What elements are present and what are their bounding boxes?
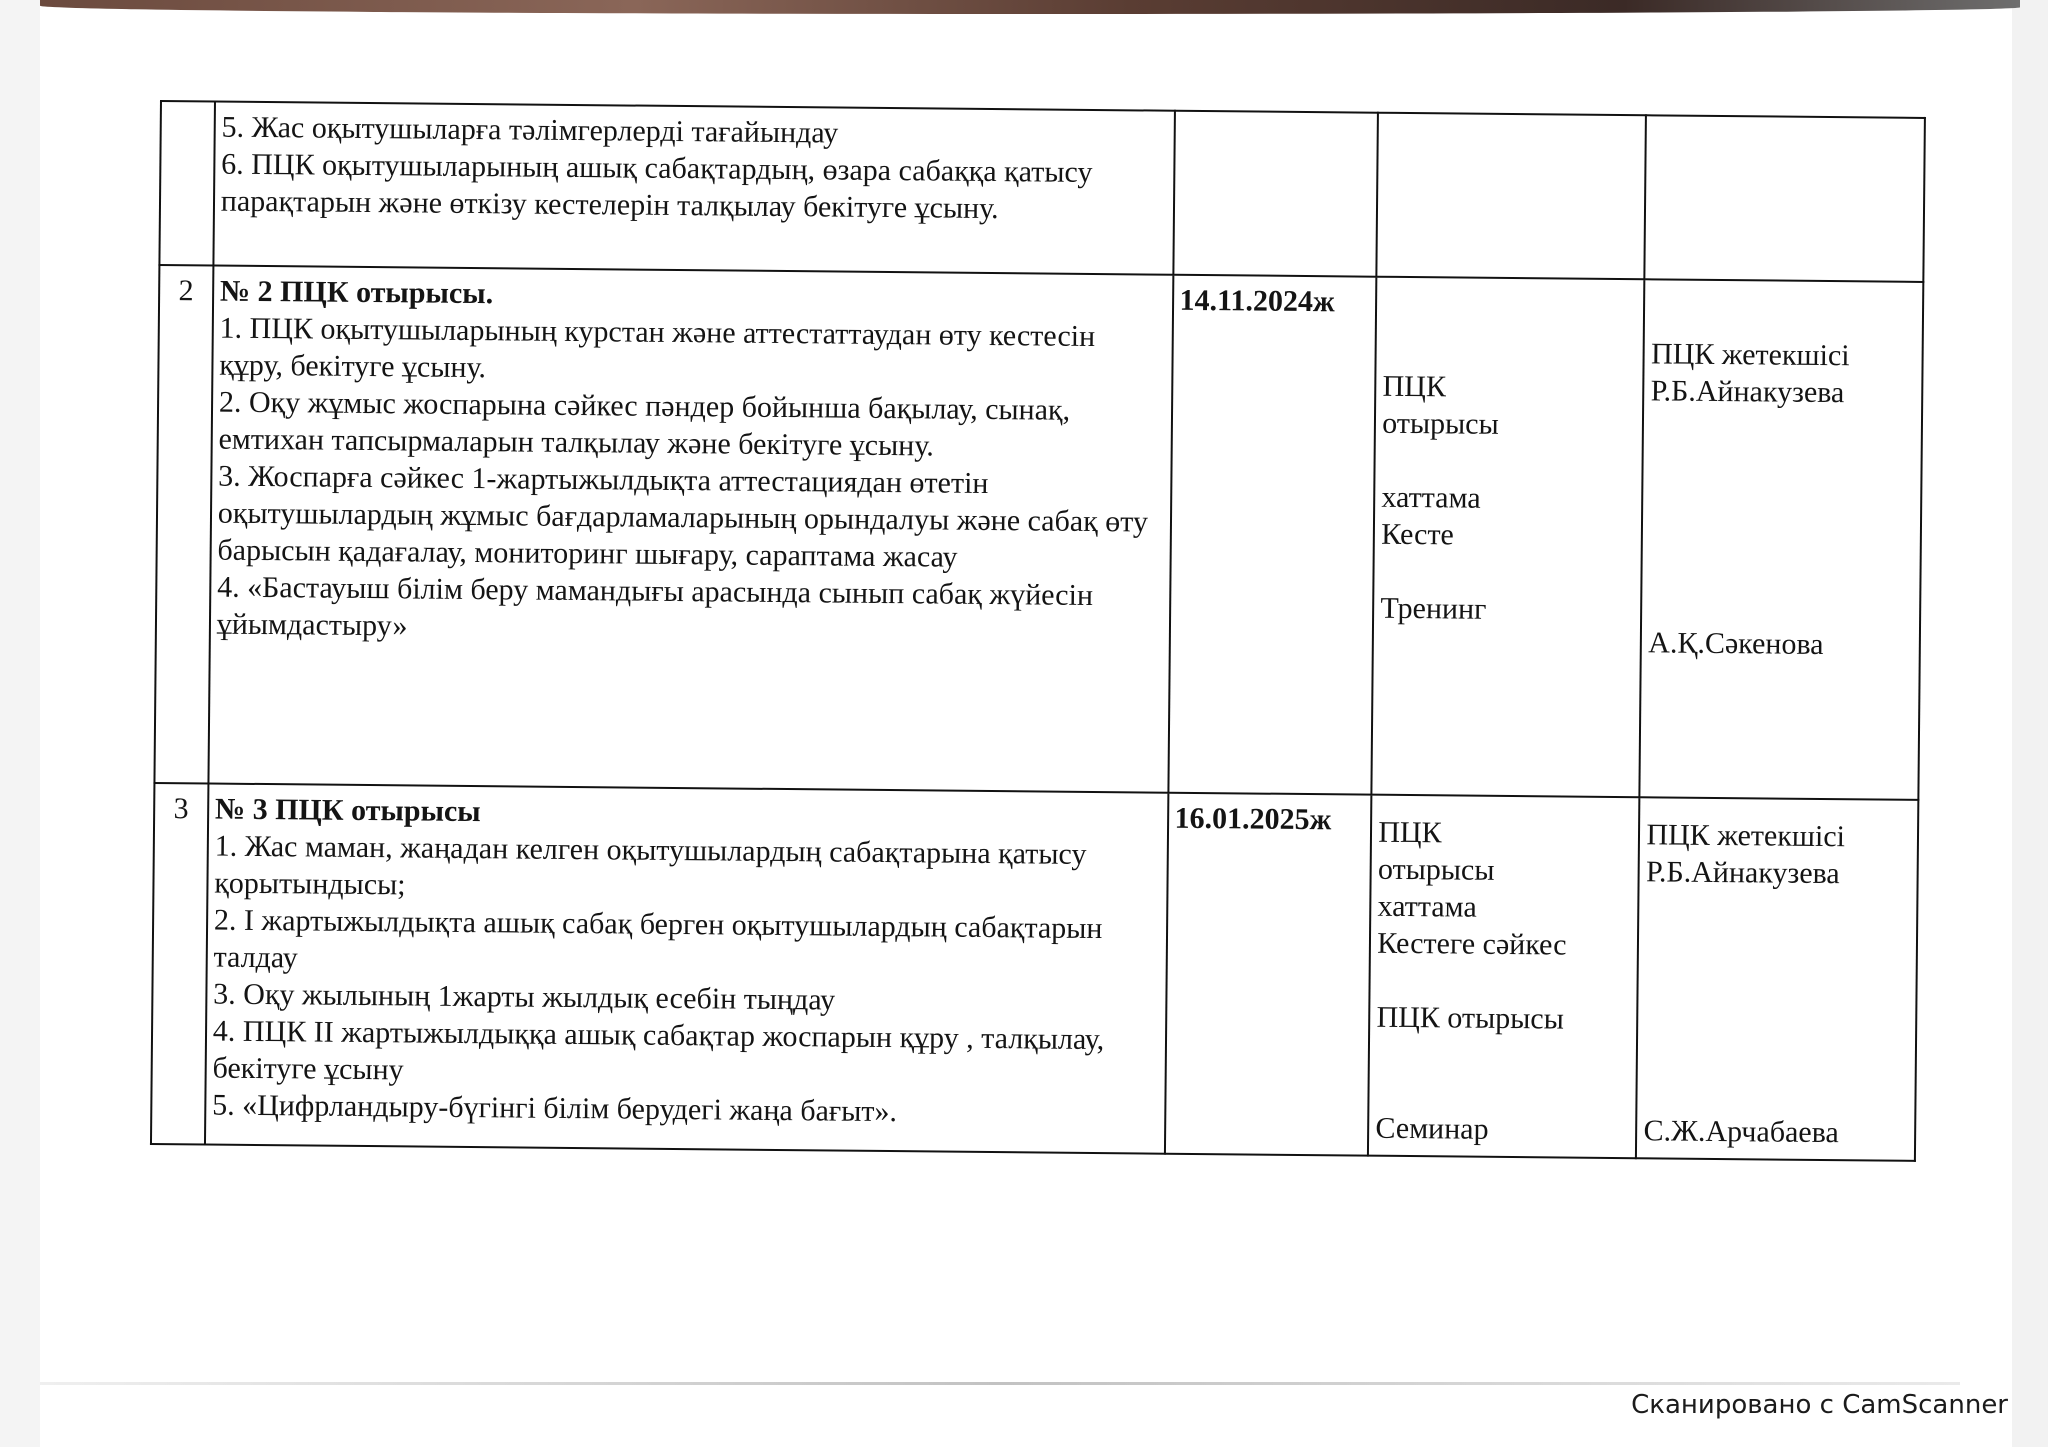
row-responsible: ПЦК жетекшісі Р.Б.Айнакузева С.Ж.Арчабае… — [1636, 797, 1918, 1161]
form-item: Кестеге сәйкес — [1377, 925, 1631, 964]
row-number — [159, 101, 214, 266]
content-item: 1. Жас маман, жаңадан келген оқытушылард… — [214, 828, 1160, 911]
row-responsible — [1645, 115, 1925, 282]
spacer — [1648, 409, 1915, 627]
scan-top-shadow — [40, 0, 2020, 14]
row-responsible: ПЦК жетекшісі Р.Б.Айнакузева А.Қ.Сәкенов… — [1640, 279, 1924, 800]
responsible-name: А.Қ.Сәкенова — [1648, 624, 1913, 664]
form-item: ПЦК — [1382, 368, 1636, 407]
spacer — [1377, 962, 1631, 1001]
scan-artifact-line — [40, 1382, 1960, 1385]
table-row: 5. Жас оқытушыларға тәлімгерлерді тағайы… — [159, 101, 1924, 282]
content-item: 4. «Бастауыш білім беру мамандығы арасын… — [217, 569, 1163, 652]
row-content: № 2 ПЦК отырысы. 1. ПЦК оқытушыларының к… — [208, 266, 1173, 793]
scan-page-edge-right — [2012, 0, 2048, 1447]
row-number: 3 — [151, 783, 208, 1145]
spacer — [1381, 553, 1635, 592]
form-item: ПЦК отырысы — [1376, 999, 1630, 1038]
camscanner-watermark: Сканировано с CamScanner — [1631, 1390, 2008, 1420]
table-row: 3 № 3 ПЦК отырысы 1. Жас маман, жаңадан … — [151, 783, 1918, 1161]
form-item: Семинар — [1375, 1110, 1629, 1149]
form-item: хаттама — [1381, 479, 1635, 518]
spacer — [1382, 442, 1636, 481]
content-item: 1. ПЦК оқытушыларының курстан және аттес… — [219, 310, 1165, 393]
row-date: 16.01.2025ж — [1164, 793, 1371, 1156]
scan-page-edge-left — [0, 0, 40, 1447]
form-item: отырысы — [1382, 405, 1636, 444]
row-form: ПЦК отырысы хаттама Кестеге сәйкес ПЦК о… — [1368, 795, 1640, 1159]
spacer — [1644, 890, 1911, 1115]
content-item: 3. Жоспарға сәйкес 1-жартыжылдықта аттес… — [217, 458, 1164, 578]
row-content: № 3 ПЦК отырысы 1. Жас маман, жаңадан ке… — [205, 783, 1168, 1153]
content-item: 5. «Цифрландыру-бүгінгі білім берудегі ж… — [212, 1087, 1158, 1133]
plan-table: 5. Жас оқытушыларға тәлімгерлерді тағайы… — [150, 100, 1926, 1162]
form-item: отырысы — [1378, 851, 1632, 890]
table-row: 2 № 2 ПЦК отырысы. 1. ПЦК оқытушыларының… — [154, 265, 1923, 800]
row-content: 5. Жас оқытушыларға тәлімгерлерді тағайы… — [213, 102, 1174, 275]
row-date: 14.11.2024ж — [1168, 275, 1377, 795]
row-form — [1377, 113, 1647, 280]
row-date — [1173, 111, 1378, 277]
responsible-name: Р.Б.Айнакузева — [1646, 853, 1911, 893]
content-item: 2. І жартыжылдықта ашық сабақ берген оқы… — [213, 902, 1159, 985]
responsible-name: С.Ж.Арчабаева — [1643, 1112, 1908, 1152]
form-item: Кесте — [1381, 516, 1635, 555]
form-item: Тренинг — [1380, 590, 1634, 629]
form-item: хаттама — [1377, 888, 1631, 927]
form-item: ПЦК — [1378, 814, 1632, 853]
spacer — [1376, 1036, 1631, 1112]
row-number: 2 — [154, 265, 213, 783]
responsible-name: Р.Б.Айнакузева — [1651, 372, 1916, 412]
content-item: 4. ПЦК ІІ жартыжылдыққа ашық сабақтар жо… — [212, 1013, 1158, 1096]
responsible-role: ПЦК жетекшісі — [1651, 335, 1916, 375]
content-item: 2. Оқу жұмыс жоспарына сәйкес пәндер бой… — [218, 384, 1164, 467]
responsible-role: ПЦК жетекшісі — [1646, 816, 1911, 856]
content-item: 6. ПЦК оқытушыларының ашық сабақтардың, … — [221, 146, 1167, 229]
row-form: ПЦК отырысы хаттама Кесте Тренинг — [1372, 277, 1645, 798]
